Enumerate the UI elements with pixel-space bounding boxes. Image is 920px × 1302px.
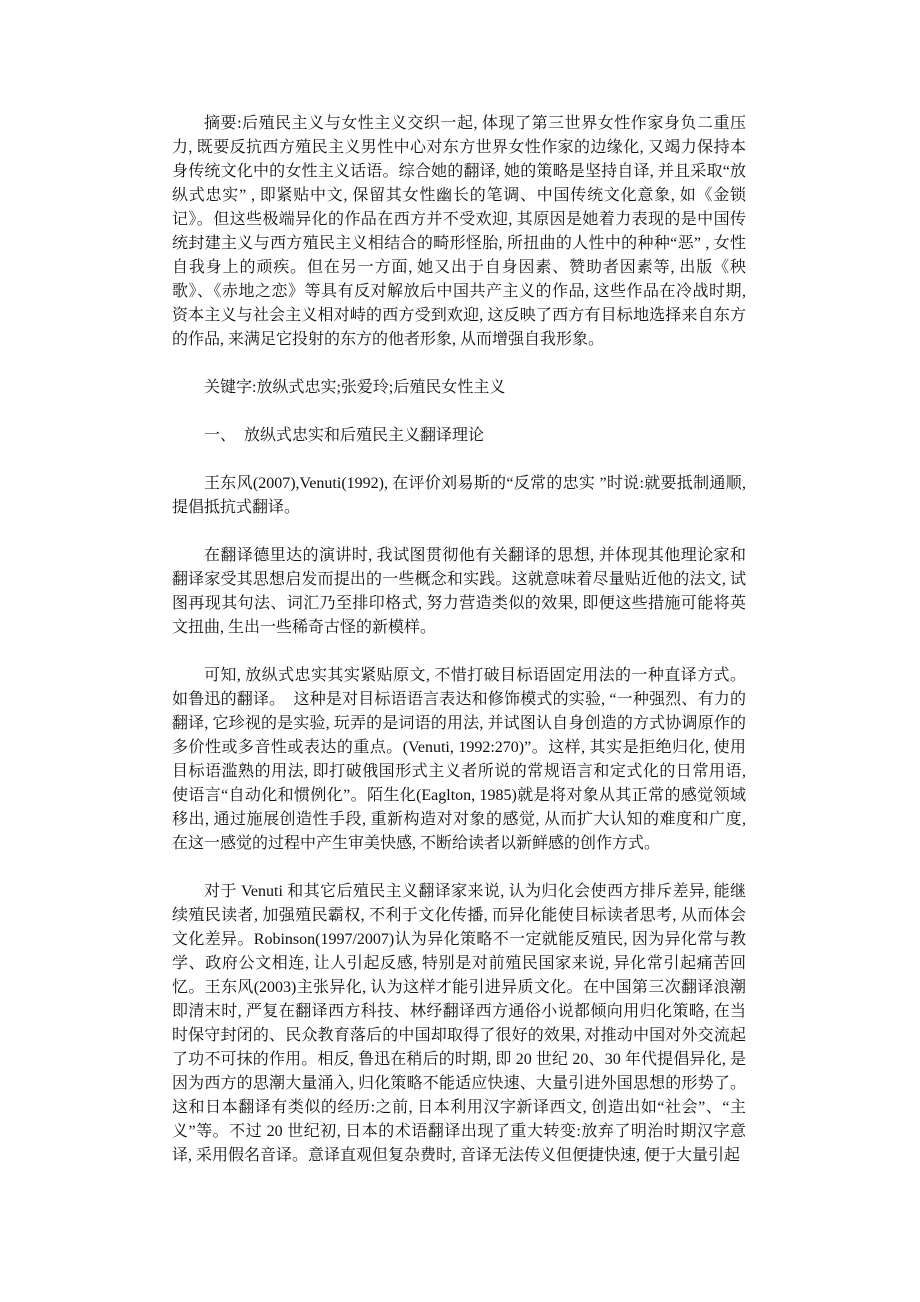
paragraph-abusive-fidelity-theory: 可知, 放纵式忠实其实紧贴原文, 不惜打破目标语固定用法的一种直译方式。如鲁迅的… — [172, 664, 746, 856]
paragraph-postcolonial-translators: 对于 Venuti 和其它后殖民主义翻译家来说, 认为归化会使西方排斥差异, 能… — [172, 880, 746, 1168]
keywords-line: 关键字:放纵式忠实;张爱玲;后殖民女性主义 — [172, 376, 746, 400]
abstract-paragraph: 摘要:后殖民主义与女性主义交织一起, 体现了第三世界女性作家身负二重压力, 既要… — [172, 112, 746, 352]
section-1-heading: 一、 放纵式忠实和后殖民主义翻译理论 — [172, 424, 746, 448]
paragraph-wang-venuti-quote: 王东风(2007),Venuti(1992), 在评价刘易斯的“反常的忠实 ”时… — [172, 472, 746, 520]
document-body: 摘要:后殖民主义与女性主义交织一起, 体现了第三世界女性作家身负二重压力, 既要… — [172, 112, 746, 1168]
paragraph-derrida-translation: 在翻译德里达的演讲时, 我试图贯彻他有关翻译的思想, 并体现其他理论家和翻译家受… — [172, 544, 746, 640]
document-page: 摘要:后殖民主义与女性主义交织一起, 体现了第三世界女性作家身负二重压力, 既要… — [0, 0, 920, 1302]
